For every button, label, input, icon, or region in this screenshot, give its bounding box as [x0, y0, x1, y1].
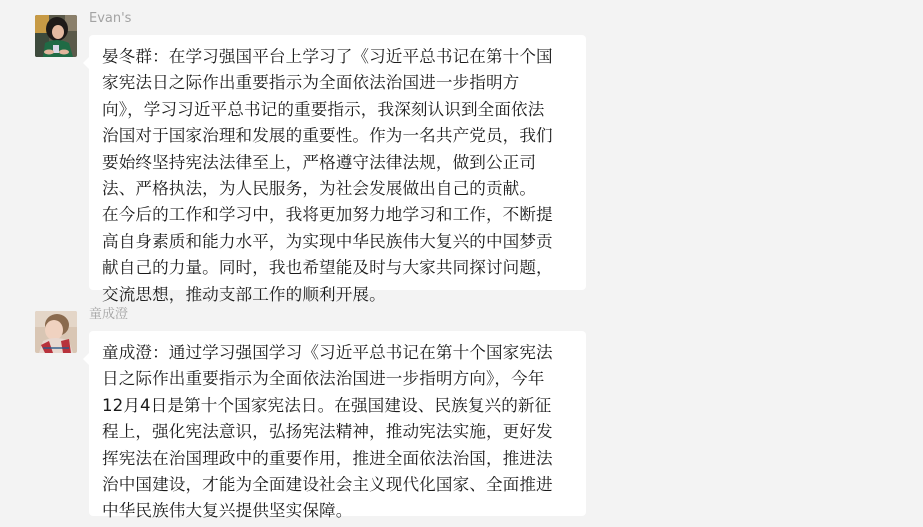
message-text-line: 12月4日是第十个国家宪法日。在强国建设、民族复兴的新征 — [102, 393, 574, 419]
message-text-line: 中华民族伟大复兴提供坚实保障。 — [102, 498, 574, 524]
message-text-line: 治国对于国家治理和发展的重要性。作为一名共产党员，我们 — [102, 123, 574, 149]
message-text-line: 要始终坚持宪法法律至上，严格遵守法律法规，做到公正司 — [102, 150, 574, 176]
message-text-line: 高自身素质和能力水平，为实现中华民族伟大复兴的中国梦贡 — [102, 229, 574, 255]
message-text-line: 法、严格执法，为人民服务，为社会发展做出自己的贡献。 — [102, 176, 574, 202]
sender-name: Evan's — [89, 11, 131, 27]
message-text-line: 日之际作出重要指示为全面依法治国进一步指明方向》，今年 — [102, 366, 574, 392]
message-text-line: 挥宪法在治国理政中的重要作用，推进全面依法治国，推进法 — [102, 446, 574, 472]
message-text-line: 晏冬群：在学习强国平台上学习了《习近平总书记在第十个国 — [102, 44, 574, 70]
message-text-line: 献自己的力量。同时，我也希望能及时与大家共同探讨问题， — [102, 255, 574, 281]
message-bubble[interactable]: 童成澄：通过学习强国学习《习近平总书记在第十个国家宪法 日之际作出重要指示为全面… — [89, 331, 586, 516]
message-text-line: 交流思想，推动支部工作的顺利开展。 — [102, 282, 574, 308]
chat-message-list[interactable]: Evan's 晏冬群：在学习强国平台上学习了《习近平总书记在第十个国 家宪法日之… — [0, 0, 923, 527]
avatar-photo-icon — [35, 311, 77, 353]
message-text-line: 治中国建设，才能为全面建设社会主义现代化国家、全面推进 — [102, 472, 574, 498]
message-text-line: 程上，强化宪法意识，弘扬宪法精神，推动宪法实施，更好发 — [102, 419, 574, 445]
message-text-line: 向》，学习习近平总书记的重要指示，我深刻认识到全面依法 — [102, 97, 574, 123]
avatar-photo-icon — [35, 15, 77, 57]
message-bubble[interactable]: 晏冬群：在学习强国平台上学习了《习近平总书记在第十个国 家宪法日之际作出重要指示… — [89, 35, 586, 290]
message-text-line: 在今后的工作和学习中，我将更加努力地学习和工作，不断提 — [102, 202, 574, 228]
message-text-line: 童成澄：通过学习强国学习《习近平总书记在第十个国家宪法 — [102, 340, 574, 366]
sender-name: 童成澄 — [89, 307, 128, 323]
avatar[interactable] — [35, 311, 77, 353]
avatar[interactable] — [35, 15, 77, 57]
message-text-line: 家宪法日之际作出重要指示为全面依法治国进一步指明方 — [102, 70, 574, 96]
